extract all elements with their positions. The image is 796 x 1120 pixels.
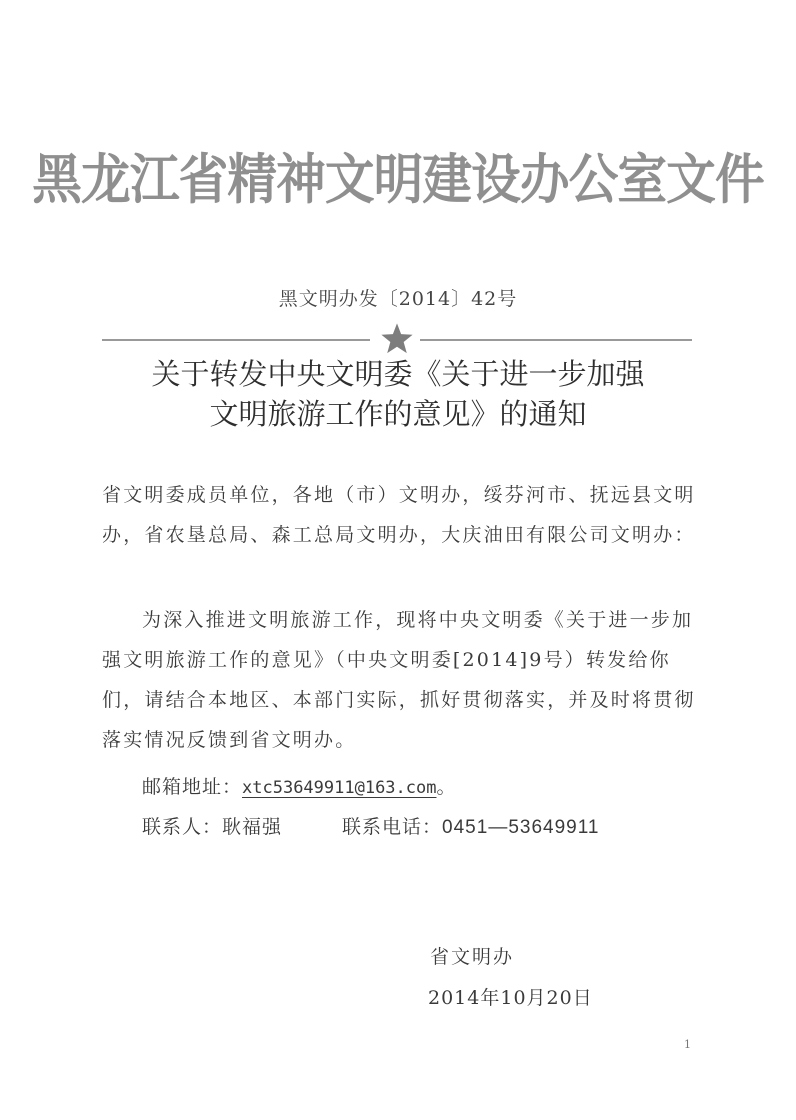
divider-line-left (102, 339, 370, 341)
recipients-paragraph: 省文明委成员单位，各地（市）文明办，绥芬河市、抚远县文明办，省农垦总局、森工总局… (102, 475, 702, 555)
document-title: 关于转发中央文明委《关于进一步加强 文明旅游工作的意见》的通知 (0, 354, 796, 434)
document-date: 2014年10月20日 (428, 983, 593, 1010)
document-header-title: 黑龙江省精神文明建设办公室文件 (32, 140, 764, 220)
phone-number: 0451—53649911 (442, 817, 599, 838)
phone-label: 联系电话： (342, 816, 442, 838)
email-link[interactable]: xtc53649911@163.com (242, 778, 436, 798)
signature: 省文明办 (430, 942, 514, 969)
email-label: 邮箱地址： (142, 776, 242, 798)
contact-name: 耿福强 (222, 816, 282, 838)
divider-line-right (420, 339, 692, 341)
contact-label: 联系人： (142, 816, 222, 838)
document-title-line-1: 关于转发中央文明委《关于进一步加强 (0, 354, 796, 394)
page-number: 1 (684, 1038, 691, 1051)
document-number: 黑文明办发〔2014〕42号 (0, 284, 796, 311)
email-suffix: 。 (436, 776, 456, 798)
star-icon (380, 322, 414, 356)
email-line: 邮箱地址：xtc53649911@163.com。 (142, 772, 702, 799)
contact-line: 联系人：耿福强联系电话：0451—53649911 (142, 812, 702, 839)
document-title-line-2: 文明旅游工作的意见》的通知 (0, 394, 796, 434)
main-paragraph: 为深入推进文明旅游工作，现将中央文明委《关于进一步加强文明旅游工作的意见》（中央… (102, 600, 702, 760)
